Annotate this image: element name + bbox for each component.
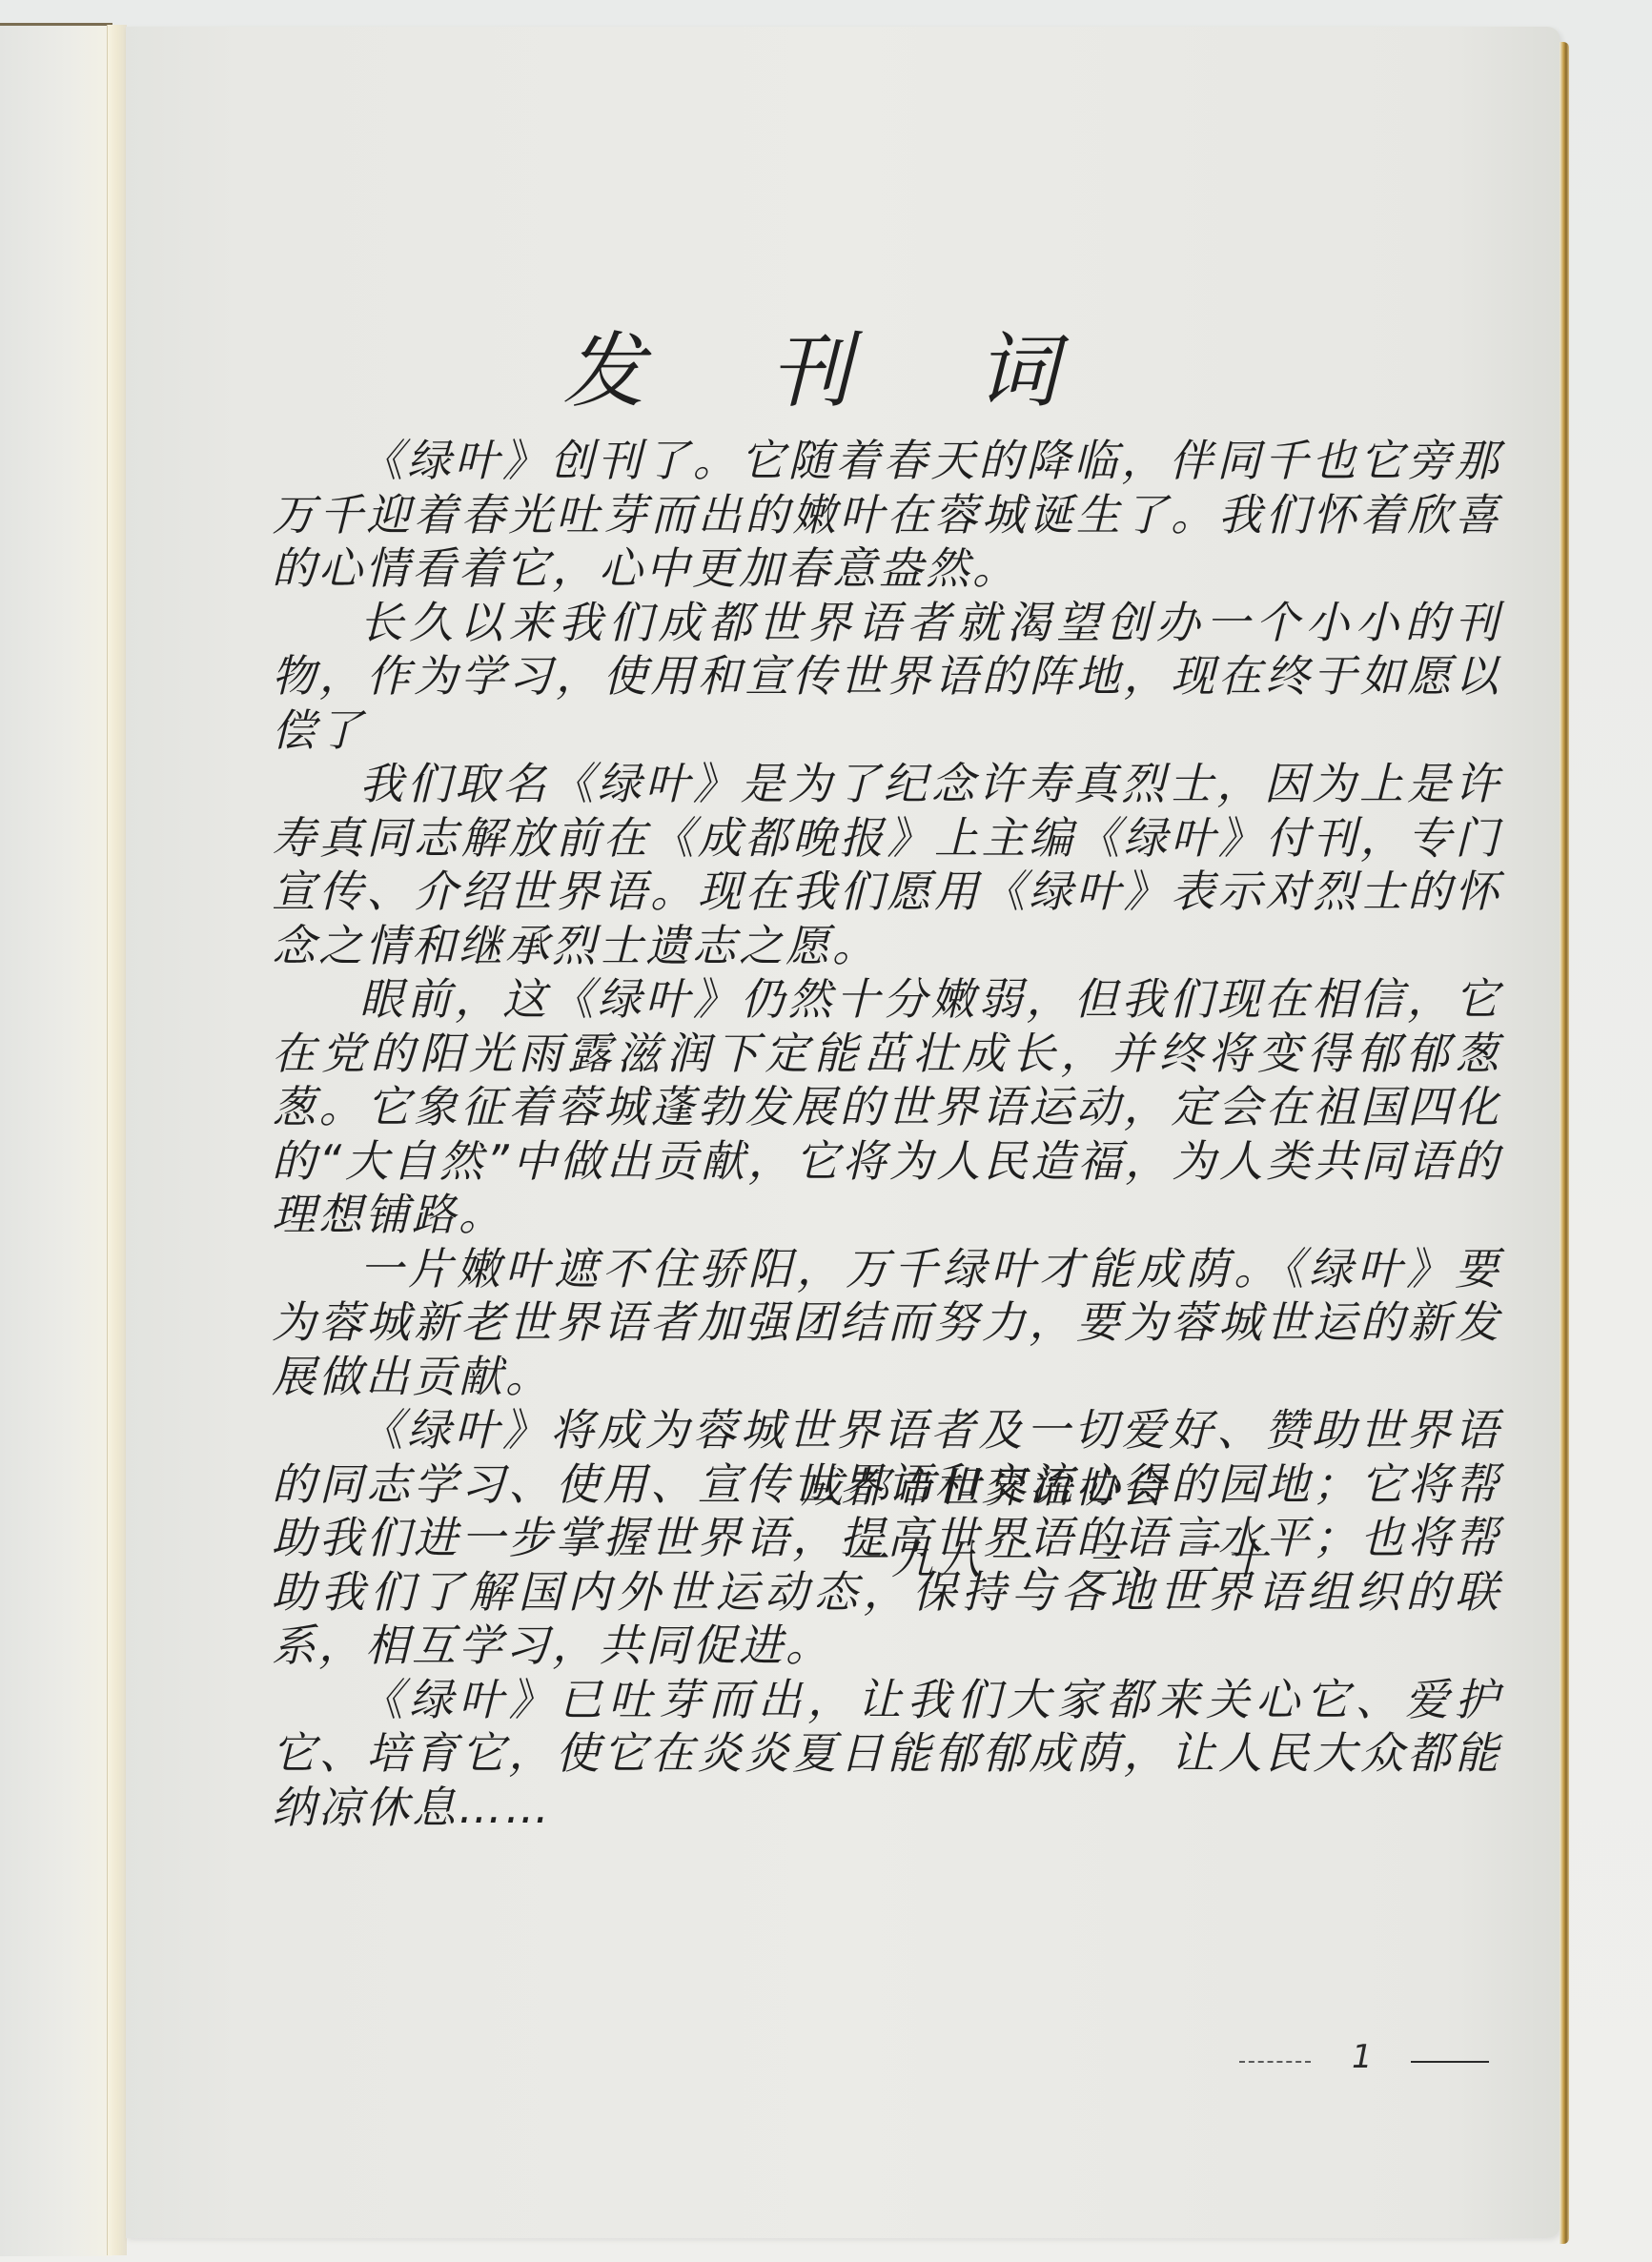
page-gutter [107, 25, 127, 2255]
left-facing-page [0, 23, 112, 2256]
page-title: 发 刊 词 [562, 305, 1058, 423]
title-char: 词 [976, 305, 1058, 423]
signature: 成都市世界语协会 [801, 1454, 1167, 1515]
paragraph: 《绿叶》创刊了。它随着春天的降临，伴同千也它旁那万千迎着春光吐芽而出的嫩叶在蓉城… [272, 434, 1501, 596]
title-char: 刊 [769, 305, 851, 423]
page-number: 1 [1352, 2038, 1373, 2076]
paragraph: 眼前，这《绿叶》仍然十分嫩弱，但我们现在相信，它在党的阳光雨露滋润下定能茁壮成长… [272, 972, 1501, 1242]
page-footer: 1 [1239, 2048, 1497, 2086]
paragraph: 长久以来我们成都世界语者就渴望创办一个小小的刊物，作为学习，使用和宣传世界语的阵… [272, 596, 1501, 758]
paragraph: 《绿叶》已吐芽而出，让我们大家都来关心它、爱护它、培育它，使它在炎炎夏日能郁郁成… [272, 1673, 1501, 1835]
body-text: 《绿叶》创刊了。它随着春天的降临，伴同千也它旁那万千迎着春光吐芽而出的嫩叶在蓉城… [272, 434, 1501, 1834]
page-edge-stack [1560, 42, 1569, 2244]
footer-rule [1239, 2061, 1311, 2063]
title-char: 发 [562, 305, 644, 423]
paragraph: 一片嫩叶遮不住骄阳，万千绿叶才能成荫。《绿叶》要为蓉城新老世界语者加强团结而努力… [272, 1242, 1501, 1404]
paragraph: 我们取名《绿叶》是为了纪念许寿真烈士，因为上是许寿真同志解放前在《成都晚报》上主… [272, 757, 1501, 972]
footer-rule [1411, 2061, 1489, 2063]
date: 一九八一、三、二十 [844, 1525, 1273, 1586]
